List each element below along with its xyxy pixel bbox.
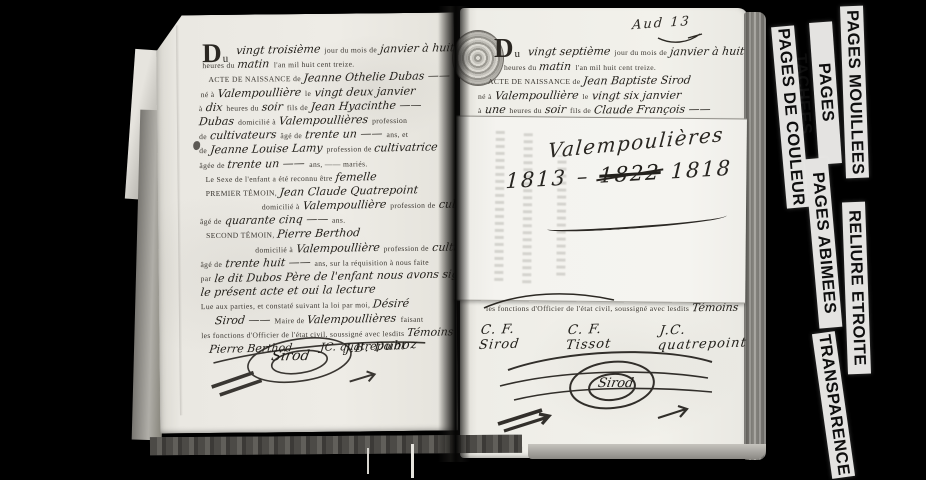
text-segment: trente un —— bbox=[304, 127, 383, 142]
text-segment: l'an mil huit cent treize. bbox=[575, 63, 656, 72]
text-segment: à bbox=[199, 104, 203, 113]
text-segment: SECOND TÉMOIN, bbox=[206, 231, 275, 241]
text-segment: Valempoullières bbox=[307, 311, 398, 326]
text-segment: profession de bbox=[384, 243, 429, 252]
text-segment: Valempoullière bbox=[217, 85, 302, 100]
text-segment: âgée de bbox=[199, 160, 225, 169]
text-segment: vingt septième bbox=[527, 45, 611, 60]
document-line: deJeanne Louise Lamyprofession decultiva… bbox=[199, 140, 451, 157]
text-segment: vingt six janvier bbox=[591, 88, 682, 103]
text-segment: Jean Claude Quatrepoint bbox=[279, 183, 419, 199]
text-segment: de bbox=[199, 146, 207, 155]
text-segment: femelle bbox=[335, 170, 378, 184]
condition-label-pages-mouillees: PAGES MOUILLEES bbox=[840, 6, 869, 179]
text-segment: trente huit —— bbox=[224, 255, 311, 270]
text-segment: Valempoullière bbox=[494, 88, 579, 103]
text-segment: ACTE DE NAISSANCE de bbox=[488, 77, 580, 86]
inserted-slip: Valempoulières 1813–18221818 bbox=[454, 115, 747, 303]
text-segment: ans, sur la réquisition à nous faite bbox=[314, 258, 429, 268]
document-line: né àValempoullièrelevingt six janvier bbox=[478, 88, 734, 103]
text-segment: par bbox=[201, 274, 212, 283]
text-segment: Claude François —— bbox=[593, 102, 711, 117]
slip-edge-flourish bbox=[480, 288, 620, 312]
text-segment: né à bbox=[201, 90, 215, 99]
show-through-text bbox=[494, 131, 505, 281]
text-segment: âgé de bbox=[200, 260, 222, 269]
condition-label-pages-abimees: PAGES ABIMEES bbox=[805, 157, 843, 328]
book-gutter bbox=[438, 6, 470, 462]
text-segment: né à bbox=[478, 92, 492, 101]
text-segment: matin bbox=[539, 59, 573, 73]
page-edge-strip-bottom-right bbox=[528, 444, 766, 459]
text-segment: ans, —— mariés. bbox=[309, 159, 367, 169]
text-segment: une bbox=[484, 103, 506, 117]
text-segment: jour du mois de bbox=[324, 45, 377, 55]
text-segment: le bbox=[582, 92, 588, 101]
slip-place-name: Valempoulières bbox=[547, 122, 725, 163]
text-segment: Jeanne Louise Lamy bbox=[209, 142, 323, 158]
binding-streak bbox=[367, 448, 369, 474]
text-segment: le bbox=[305, 89, 311, 98]
text-segment: Valempoullière bbox=[302, 198, 387, 213]
left-act-text: vingt troisièmejour du mois dejanvier à … bbox=[198, 40, 453, 355]
text-segment: ans. bbox=[332, 216, 346, 225]
document-line: PREMIER TÉMOIN,Jean Claude Quatrepoint bbox=[200, 182, 452, 199]
text-segment: Le Sexe de l'enfant a été reconnu être bbox=[205, 173, 332, 183]
text-segment: soir bbox=[261, 100, 283, 114]
text-segment: profession bbox=[372, 116, 407, 125]
text-segment: PREMIER TÉMOIN, bbox=[206, 188, 277, 198]
text-segment: matin bbox=[237, 57, 270, 71]
paper-crease bbox=[176, 25, 183, 415]
text-segment: à bbox=[478, 106, 482, 115]
show-through-text bbox=[522, 131, 533, 283]
text-segment: Jean Hyacinthe —— bbox=[310, 98, 422, 114]
text-segment: profession de bbox=[390, 201, 435, 210]
text-segment: faisant bbox=[401, 314, 424, 323]
text-segment: cultivateurs bbox=[209, 128, 277, 143]
text-segment: janvier à huit bbox=[669, 45, 745, 59]
text-segment: Dubas bbox=[198, 115, 235, 129]
text-segment: trente un —— bbox=[227, 156, 306, 171]
text-segment: Lue aux parties, et constaté suivant la … bbox=[201, 301, 370, 312]
text-segment: Valempoullière bbox=[295, 240, 380, 255]
text-segment: heures du bbox=[226, 103, 259, 112]
text-segment: domicilié à bbox=[238, 117, 276, 126]
text-segment: l'an mil huit cent treize. bbox=[274, 60, 355, 70]
text-segment: jour du mois de bbox=[614, 48, 667, 57]
dropcap-initial: Du bbox=[494, 36, 520, 66]
text-segment: domicilié à bbox=[255, 245, 293, 254]
text-segment: âgé de bbox=[280, 131, 302, 140]
text-segment: fils de bbox=[287, 103, 308, 112]
document-line: né àValempoullièrelevingt deux janvier bbox=[199, 83, 451, 100]
text-segment: Sirod —— bbox=[214, 313, 271, 328]
text-segment: Jeanne Othelie Dubas —— bbox=[303, 69, 451, 85]
text-segment: heures du bbox=[509, 106, 541, 115]
text-segment: fils de bbox=[570, 106, 591, 115]
text-segment: profession de bbox=[326, 145, 371, 154]
text-segment: soir bbox=[544, 103, 567, 117]
binding-streak bbox=[411, 444, 414, 478]
text-segment: Désiré bbox=[373, 297, 411, 311]
slip-dash: – bbox=[576, 164, 590, 189]
text-segment: vingt troisième bbox=[235, 42, 321, 57]
text-segment: ACTE DE NAISSANCE de bbox=[208, 74, 301, 84]
document-line: ACTE DE NAISSANCE deJean Baptiste Sirod bbox=[478, 73, 734, 88]
text-segment: cultivatrice bbox=[374, 141, 439, 156]
condition-label-reliure-etroite: RELIURE ETROITE bbox=[842, 202, 871, 375]
signature-sirod-grand: Sirod bbox=[597, 376, 635, 391]
condition-label-pages-tachees: PAGES TACHEES bbox=[809, 21, 842, 164]
signature-sirod-left: Sirod bbox=[270, 348, 311, 364]
text-segment: Valempoullières bbox=[278, 113, 369, 128]
text-segment: quarante cinq —— bbox=[224, 213, 329, 228]
right-register-page: Du Aud 13 vingt septièmejour du mois dej… bbox=[460, 8, 748, 458]
document-line: àuneheures dusoirfils deClaude François … bbox=[478, 102, 734, 117]
text-segment: Jean Baptiste Sirod bbox=[583, 74, 692, 89]
text-segment: vingt deux janvier bbox=[313, 84, 415, 99]
slip-year-to: 1818 bbox=[670, 156, 732, 184]
text-segment: Pierre Berthod bbox=[277, 227, 361, 242]
slip-year-from: 1813 bbox=[505, 166, 567, 194]
slip-struck-year: 1822 bbox=[599, 160, 661, 188]
microfilm-scan: Du vingt troisièmejour du mois dejanvier… bbox=[0, 0, 926, 480]
page-edge-strip-right bbox=[744, 12, 766, 460]
text-segment: Maire de bbox=[274, 316, 304, 325]
document-line: vingt troisièmejour du mois dejanvier à … bbox=[198, 40, 450, 57]
text-segment: domicilié à bbox=[262, 202, 300, 211]
text-segment: ans, et bbox=[386, 130, 408, 139]
slip-year-range: 1813–18221818 bbox=[505, 155, 743, 193]
text-segment: âgé de bbox=[200, 217, 222, 226]
text-segment: de bbox=[199, 132, 207, 141]
folio-annotation: Aud 13 bbox=[632, 14, 691, 32]
slip-underline-flourish bbox=[547, 211, 727, 234]
text-segment: dix bbox=[205, 101, 223, 115]
dropcap-initial: Du bbox=[202, 41, 228, 71]
document-line: domicilié àValempoullièreprofession decu… bbox=[200, 197, 452, 214]
left-register-page: Du vingt troisièmejour du mois dejanvier… bbox=[156, 12, 458, 433]
annotation-flourish bbox=[656, 30, 706, 46]
